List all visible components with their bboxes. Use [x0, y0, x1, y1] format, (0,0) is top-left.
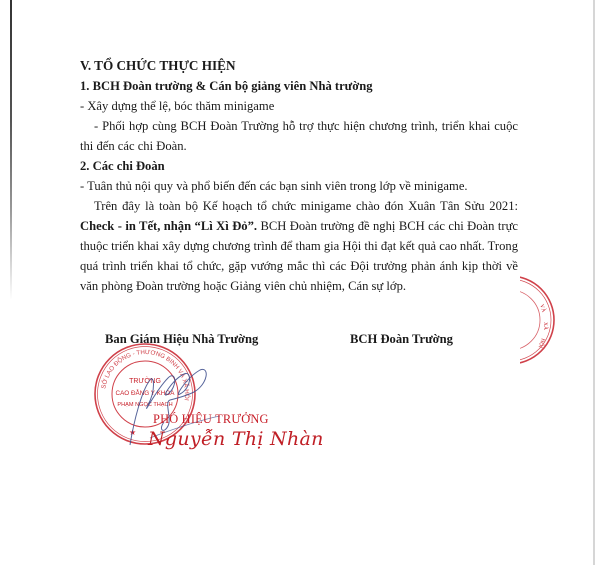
svg-text:VÀ: VÀ	[538, 303, 548, 313]
signer-name: Nguyễn Thị Nhàn	[148, 428, 324, 450]
part2-bullet: - Tuân thủ nội quy và phổ biến đến các b…	[80, 176, 518, 196]
page-right-edge	[593, 0, 595, 565]
partial-stamp-icon: VÀ XÃ HỘI	[520, 270, 580, 370]
page-left-edge	[10, 0, 12, 300]
closing-paragraph: Trên đây là toàn bộ Kế hoạch tổ chức min…	[80, 196, 518, 296]
program-title: Check - in Tết, nhận “Lì Xì Đỏ”.	[80, 219, 257, 233]
right-signature-label: BCH Đoàn Trường	[350, 332, 453, 347]
part1-bullet: - Phối hợp cùng BCH Đoàn Trường hỗ trợ t…	[80, 116, 518, 156]
part1-heading: 1. BCH Đoàn trường & Cán bộ giảng viên N…	[80, 76, 518, 96]
closing-lead: Trên đây là toàn bộ Kế hoạch tổ chức min…	[94, 199, 518, 213]
section-title: V. TỔ CHỨC THỰC HIỆN	[80, 56, 518, 76]
signer-title: PHÓ HIỆU TRƯỞNG	[153, 412, 269, 427]
document-body: V. TỔ CHỨC THỰC HIỆN 1. BCH Đoàn trường …	[80, 56, 518, 296]
part1-bullet: - Xây dựng thể lệ, bóc thăm minigame	[80, 96, 518, 116]
svg-text:XÃ: XÃ	[542, 322, 550, 330]
part2-heading: 2. Các chi Đoàn	[80, 156, 518, 176]
svg-text:HỘI: HỘI	[537, 337, 548, 349]
